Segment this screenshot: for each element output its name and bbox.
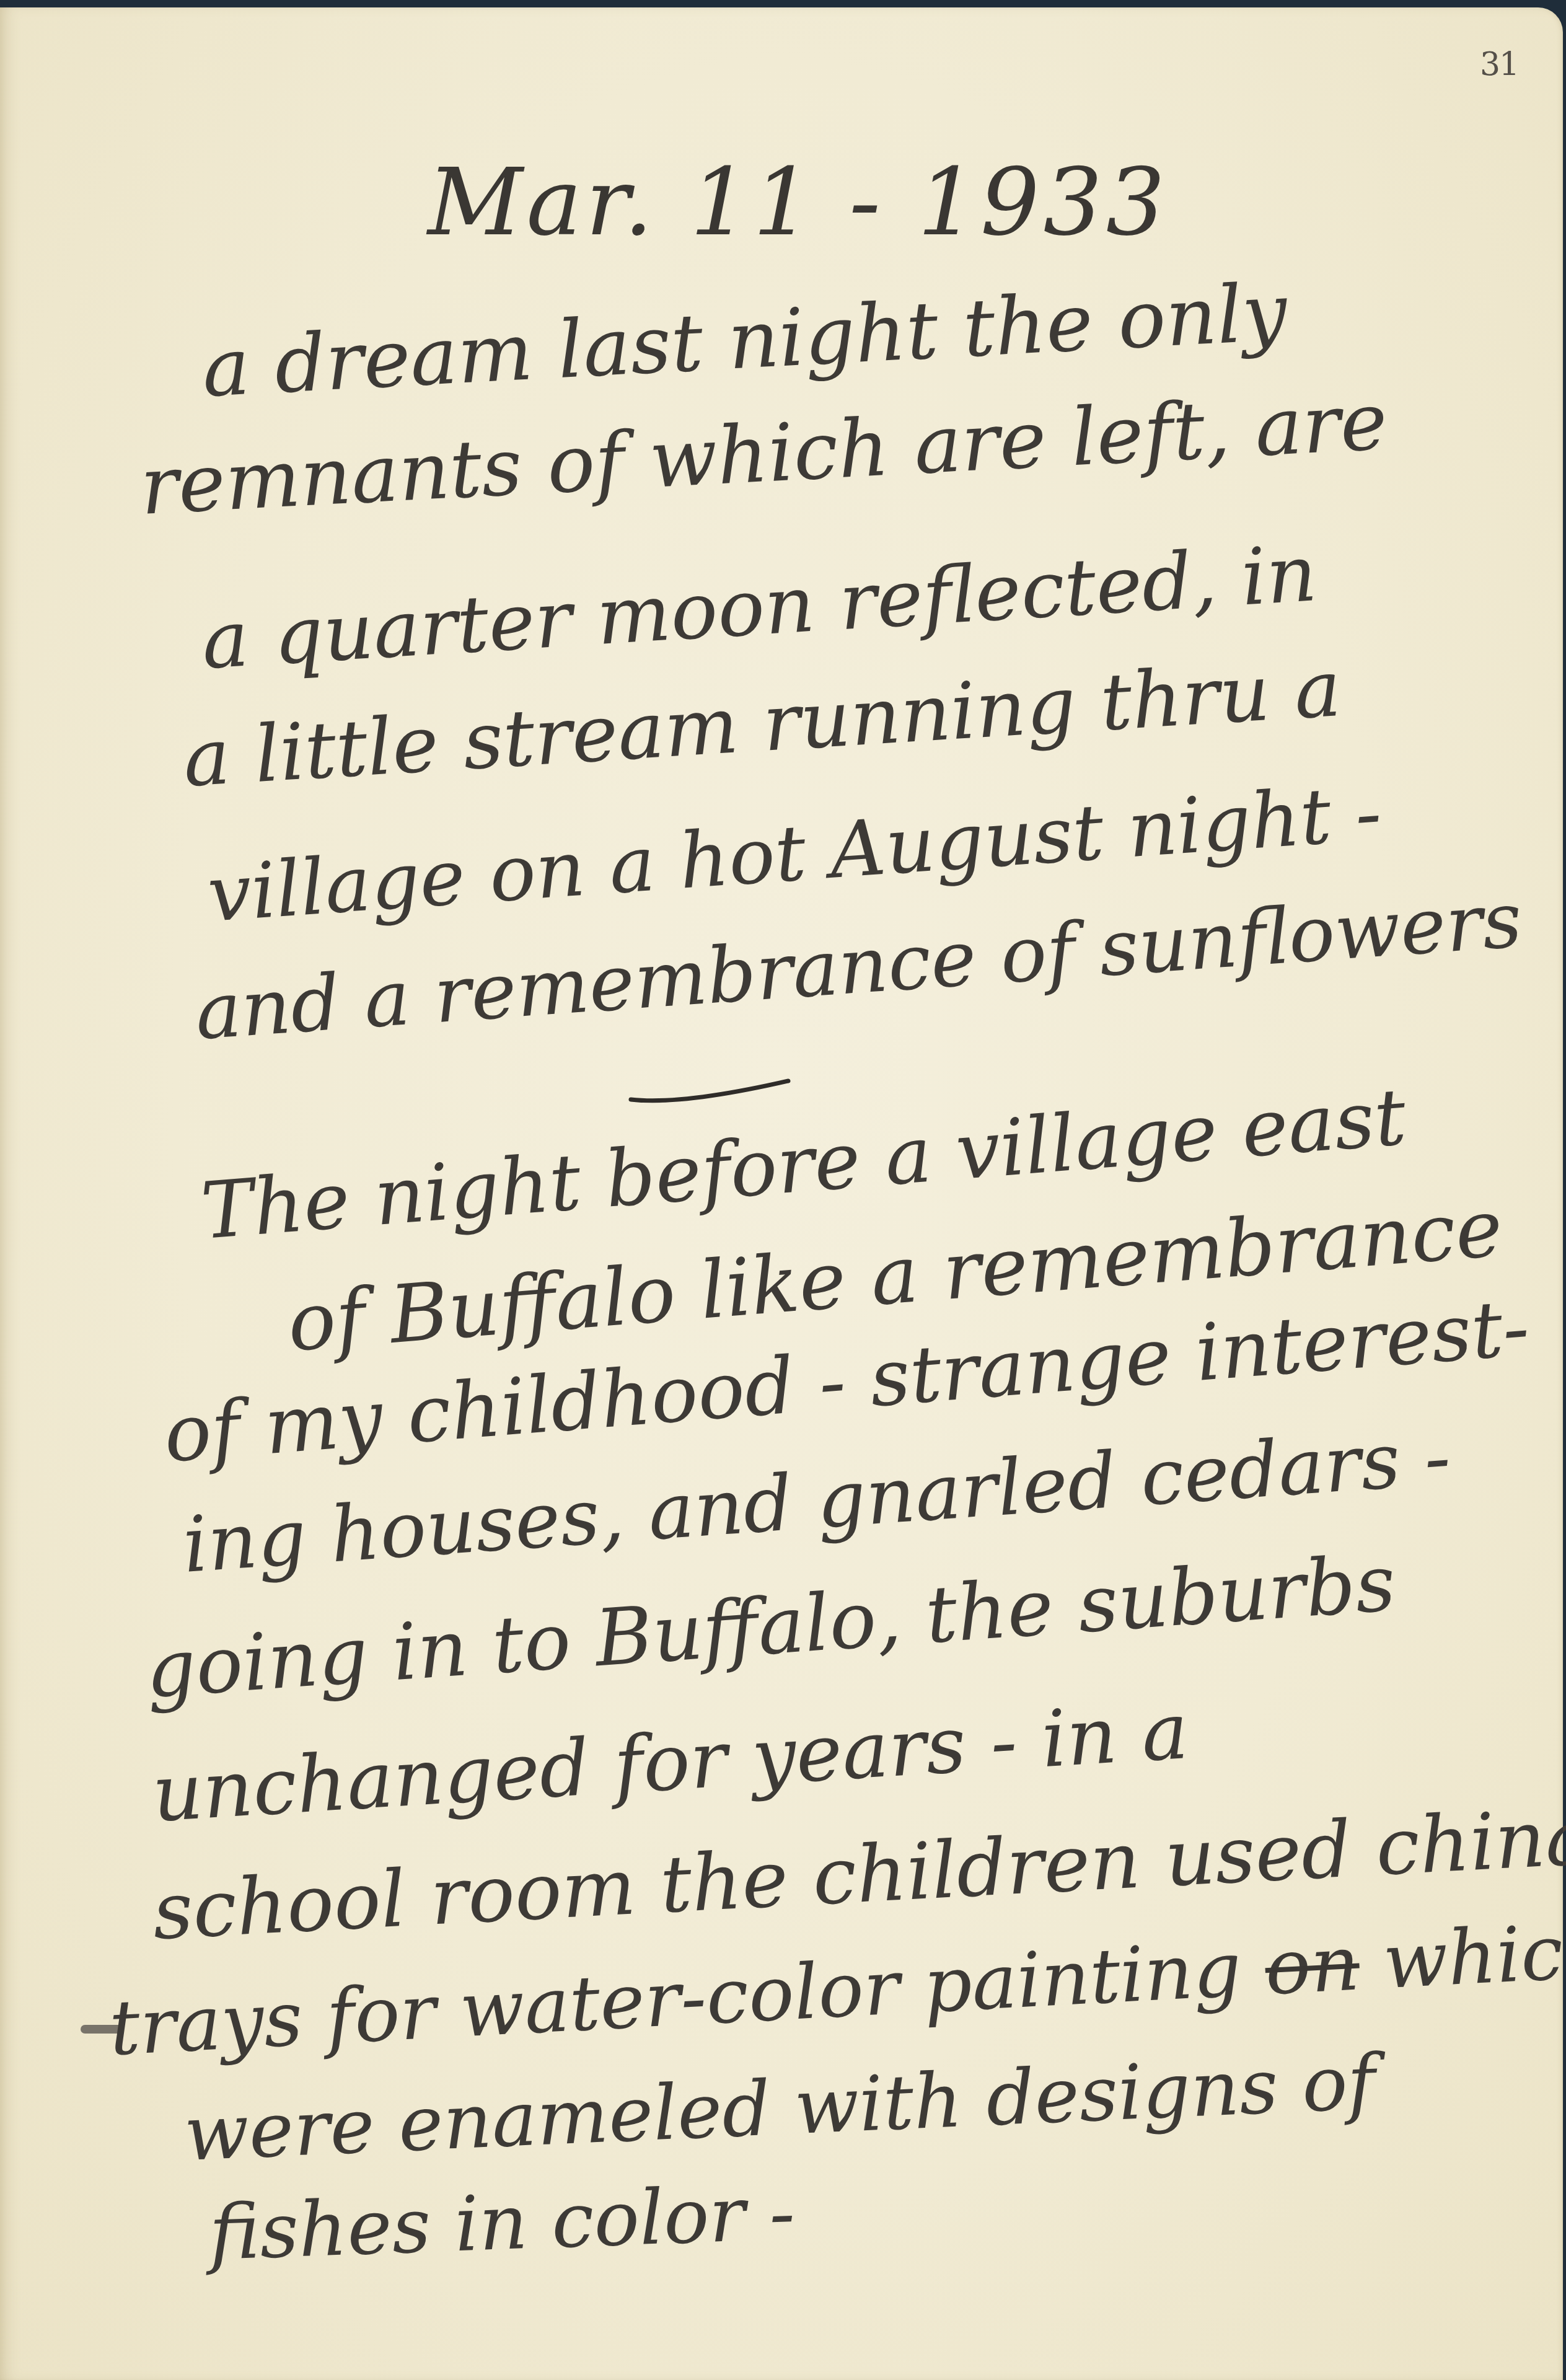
page-number: 31 (1480, 46, 1518, 83)
section-divider-stroke (626, 1073, 793, 1111)
text-fragment: which (1381, 1906, 1566, 2006)
struck-word: on (1263, 1919, 1361, 2012)
text-line: unchanged for years - in a (150, 1692, 1190, 1833)
entry-date: Mar. 11 - 1933 (428, 156, 1169, 249)
journal-page: 31 Mar. 11 - 1933 a dream last night the… (0, 7, 1563, 2380)
text-line: fishes in color - (208, 2175, 796, 2271)
text-line: were enameled with designs of (183, 2044, 1377, 2172)
